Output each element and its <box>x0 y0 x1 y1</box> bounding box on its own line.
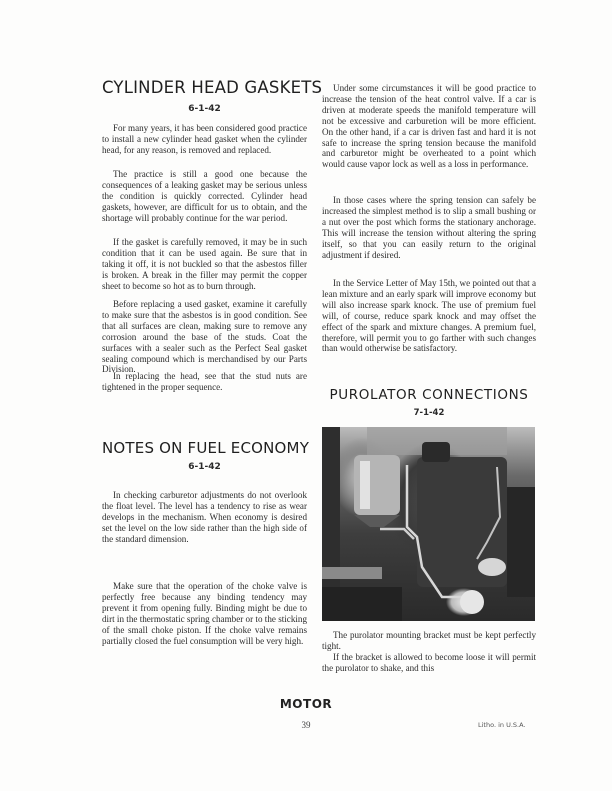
paragraph: In the Service Letter of May 15th, we po… <box>322 278 536 354</box>
article-title-purolator-connections: PUROLATOR CONNECTIONS <box>322 387 536 403</box>
paragraph: The practice is still a good one because… <box>102 169 307 224</box>
paragraph: If the gasket is carefully removed, it m… <box>102 237 307 292</box>
article-title-notes-on-fuel-economy: NOTES ON FUEL ECONOMY <box>102 439 307 457</box>
paragraph: Under some circumstances it will be good… <box>322 83 536 170</box>
document-page: CYLINDER HEAD GASKETS 6-1-42 For many ye… <box>0 0 612 791</box>
publication-title: MOTOR <box>0 697 612 711</box>
paragraph: In replacing the head, see that the stud… <box>102 371 307 393</box>
engine-photo-illustration <box>322 427 535 621</box>
paragraph: Make sure that the operation of the chok… <box>102 581 307 646</box>
article-date: 6-1-42 <box>102 104 307 114</box>
purolator-photo <box>322 427 535 621</box>
printer-imprint: Litho. in U.S.A. <box>478 721 526 729</box>
paragraph: The purolator mounting bracket must be k… <box>322 630 536 652</box>
article-date: 7-1-42 <box>322 408 536 418</box>
paragraph: If the bracket is allowed to become loos… <box>322 652 536 674</box>
article-title-cylinder-head-gaskets: CYLINDER HEAD GASKETS <box>102 78 307 97</box>
paragraph: In checking carburetor adjustments do no… <box>102 490 307 545</box>
paragraph: Before replacing a used gasket, examine … <box>102 299 307 375</box>
paragraph: In those cases where the spring tension … <box>322 195 536 260</box>
article-date: 6-1-42 <box>102 462 307 472</box>
paragraph: For many years, it has been considered g… <box>102 123 307 156</box>
